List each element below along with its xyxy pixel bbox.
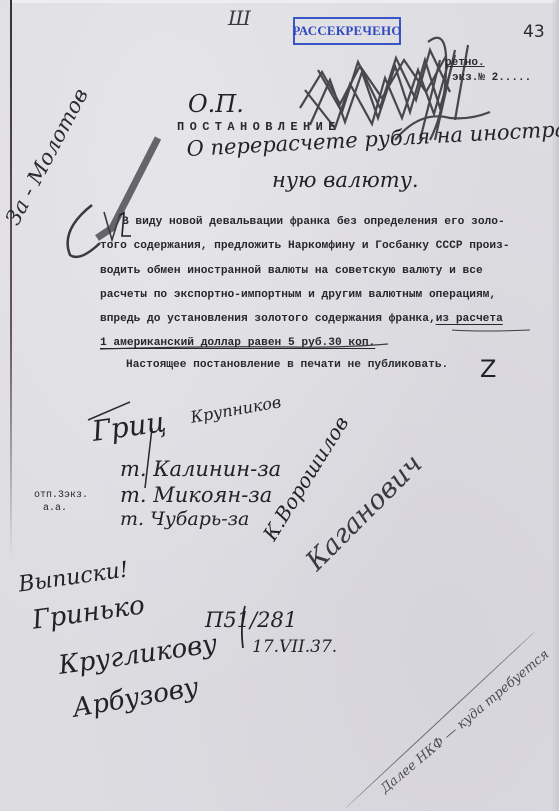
body-line-text: впредь до установления золотого содержан… (100, 313, 436, 325)
extracts-title: Выписки! (17, 557, 130, 597)
underlined-text: из расчета (436, 313, 503, 325)
exchange-rate-line: 1 американский доллар равен 5 руб.30 коп… (100, 331, 530, 355)
special-folder-mark: О.П. (188, 90, 244, 118)
extract-recipient: Арбузову (70, 672, 201, 724)
protocol-number: П51/281 (205, 608, 297, 632)
diagonal-pencil-line (345, 631, 536, 809)
vote-kalinin: т. Калинин-за (120, 457, 281, 481)
vote-mikoyan: т. Микоян-за (120, 483, 272, 507)
end-mark: Z (480, 355, 496, 383)
signature-grits: Гриц (90, 405, 168, 448)
signature-krupnikov: Крупников (189, 392, 282, 427)
margin-vote-molotov: За - Молотов (1, 84, 93, 229)
body-line: В виду новой девальвации франка без опре… (100, 210, 530, 234)
handwritten-subtitle-line-2: ную валюту. (272, 168, 419, 192)
protocol-date: 17.VII.37. (252, 637, 337, 657)
copy-number: экз.№ 2..... (452, 72, 531, 84)
declassified-stamp: РАССЕКРЕЧЕНО (293, 17, 401, 45)
page-number: 43 (523, 22, 545, 42)
copies-note-initials: а.а. (43, 503, 67, 514)
page-top-edge (12, 0, 559, 3)
body-line-with-underline: впредь до установления золотого содержан… (100, 307, 530, 331)
no-publish-instruction: Настоящее постановление в печати не публ… (126, 359, 448, 371)
copies-note: отп.3экз. (34, 490, 88, 501)
body-line: водить обмен иностранной валюты на совет… (100, 259, 530, 283)
initials-mark: Ш (228, 6, 251, 30)
diagonal-pencil-note: Далее НКФ — куда требуется (378, 647, 552, 797)
classification-label: ретно. (445, 57, 485, 69)
page-left-binding-edge (10, 0, 12, 560)
body-line: того содержания, предложить Наркомфину и… (100, 234, 530, 258)
resolution-body: В виду новой девальвации франка без опре… (100, 210, 530, 356)
archival-document-page: РАССЕКРЕЧЕНО 43 Ш ретно. экз.№ 2..... О.… (0, 0, 559, 811)
body-line: расчеты по экспортно-импортным и другим … (100, 283, 530, 307)
vote-chubar: т. Чубарь-за (120, 508, 249, 530)
extract-recipient: Гринько (30, 590, 146, 635)
